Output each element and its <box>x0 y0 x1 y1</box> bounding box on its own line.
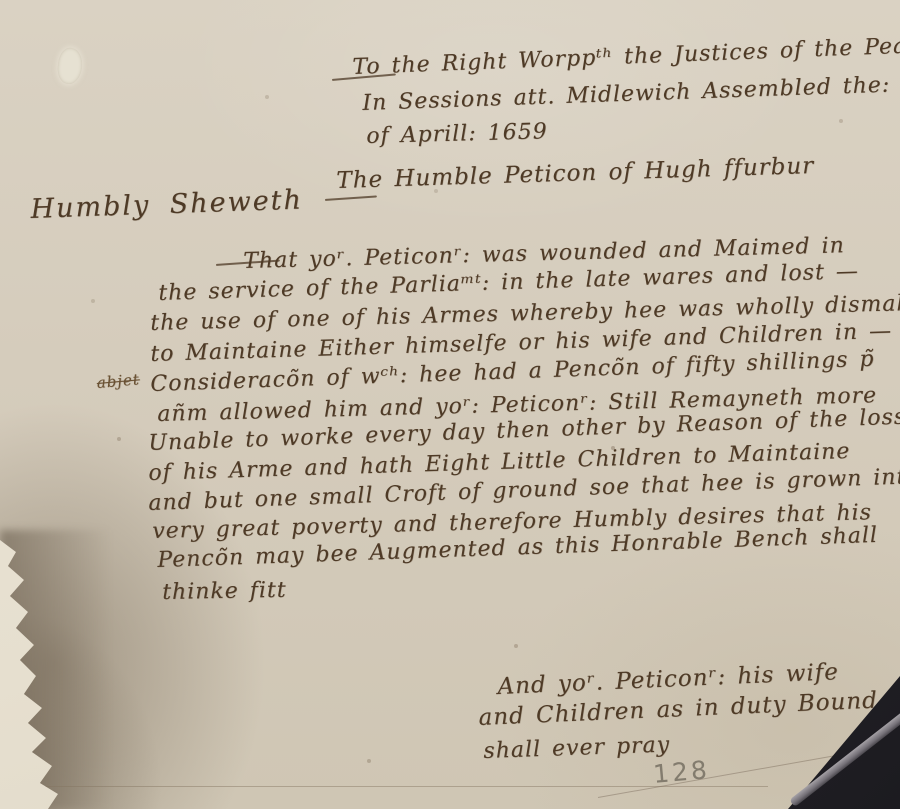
pen-flourish-title <box>325 195 377 201</box>
heading-line-1: To the Right Worppᵗʰ the Justices of the… <box>352 33 900 80</box>
heading-line-3: of Aprill: 1659 <box>366 119 548 149</box>
petition-title: The Humble Peticon of Hugh ffurbur <box>336 153 815 194</box>
page-number: 128 <box>652 755 711 789</box>
torn-edge-stain <box>0 530 130 809</box>
manuscript-paper: To the Right Worppᵗʰ the Justices of the… <box>0 0 900 809</box>
salutation: Humbly Sheweth <box>30 184 303 224</box>
margin-note: abjet <box>96 370 141 392</box>
paper-blemish <box>56 47 85 86</box>
body-line-12: thinke fitt <box>162 578 287 605</box>
closing-line-3: shall ever pray <box>483 732 671 764</box>
document-scan: { "manuscript": { "kind": "handwritten p… <box>0 0 900 809</box>
ink-specks <box>0 0 2 2</box>
